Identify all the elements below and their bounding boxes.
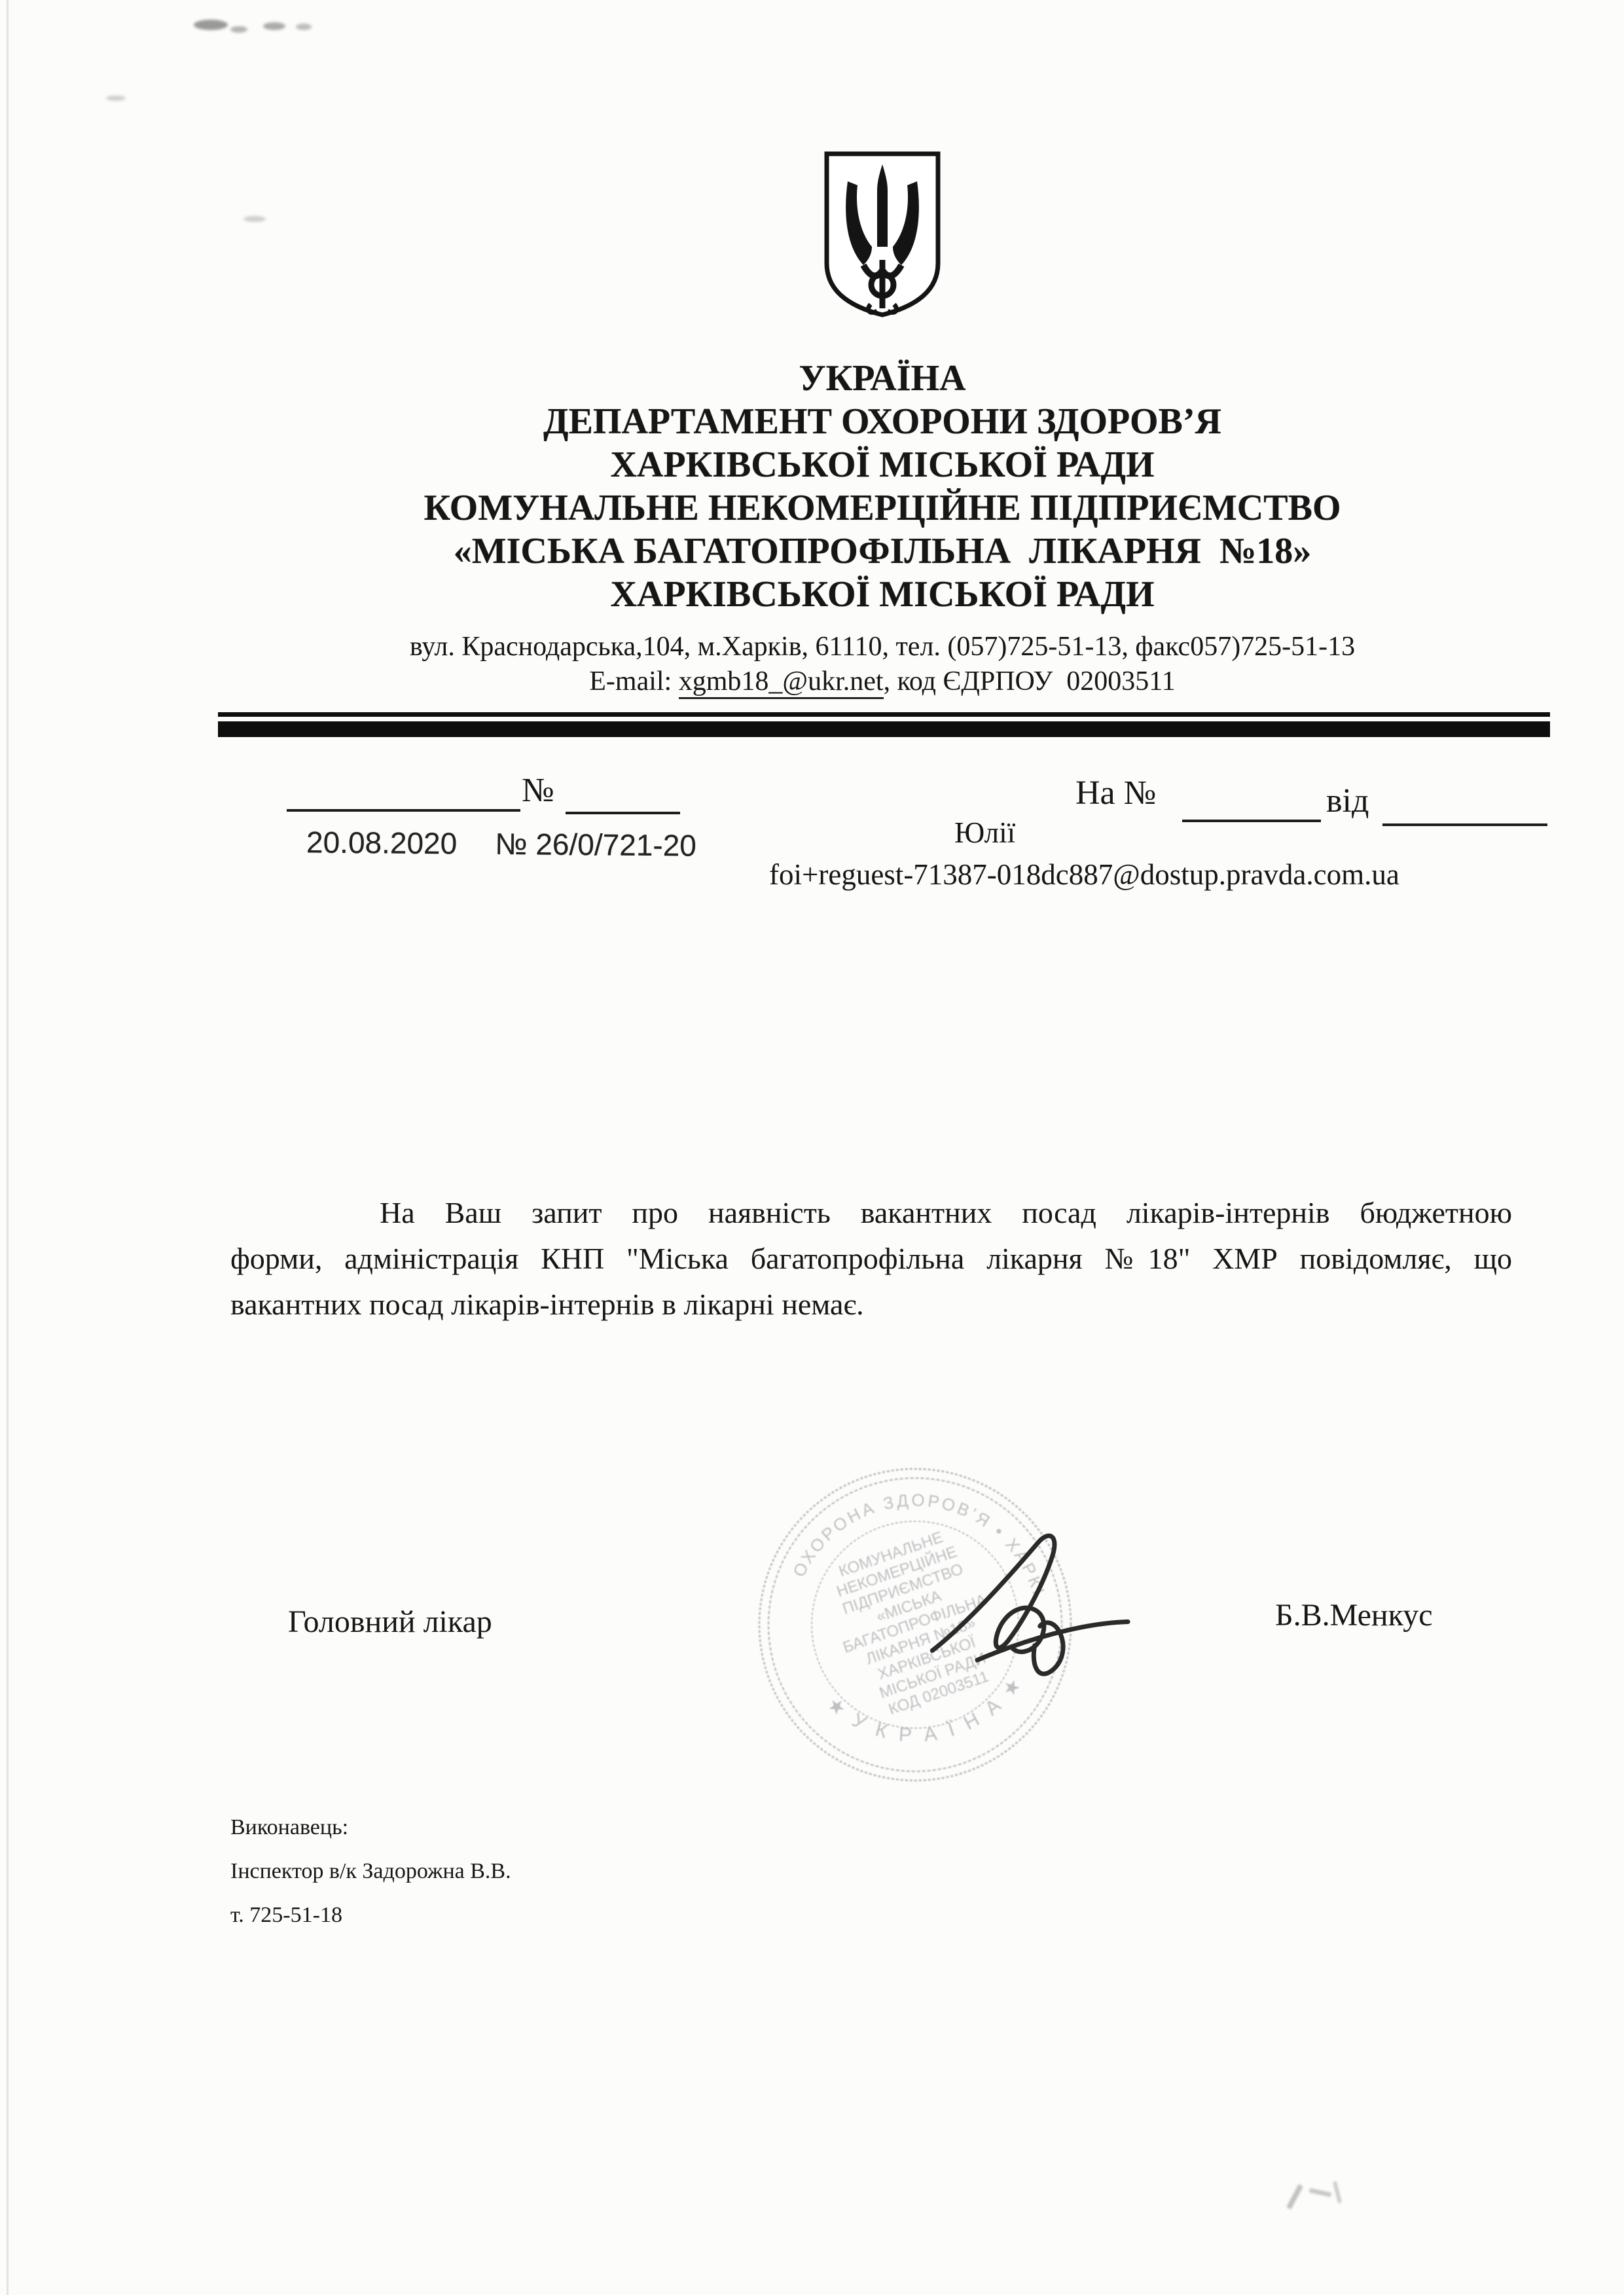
- recipient-name: Юлії: [954, 816, 1015, 850]
- scan-smudge: [194, 20, 228, 30]
- ukraine-trident-emblem-icon: [820, 148, 945, 321]
- org-line: ДЕПАРТАМЕНТ ОХОРОНИ ЗДОРОВ’Я: [267, 400, 1498, 443]
- email-line: E-mail: xgmb18_@ukr.net, код ЄДРПОУ 0200…: [267, 664, 1498, 699]
- recipient-email: foi+reguest-71387-018dc887@dostup.pravda…: [769, 858, 1399, 892]
- signer-title: Головний лікар: [288, 1604, 492, 1640]
- scan-edge-line: [7, 0, 9, 2295]
- address-line: вул. Краснодарська,104, м.Харків, 61110,…: [267, 630, 1498, 664]
- letter-body: На Ваш запит про наявність вакантних пос…: [230, 1190, 1512, 1328]
- org-line: «МІСЬКА БАГАТОПРОФІЛЬНА ЛІКАРНЯ №18»: [267, 530, 1498, 573]
- body-line: На Ваш запит про наявність вакантних пос…: [230, 1190, 1512, 1236]
- na-no-label: На №: [1075, 776, 1156, 810]
- outgoing-number-blank: [287, 809, 520, 812]
- org-line: КОМУНАЛЬНЕ НЕКОМЕРЦІЙНЕ ПІДПРИЄМСТВО: [267, 486, 1498, 530]
- scanned-letter-page: УКРАЇНА ДЕПАРТАМЕНТ ОХОРОНИ ЗДОРОВ’Я ХАР…: [0, 0, 1624, 2295]
- signer-name: Б.В.Менкус: [1275, 1597, 1433, 1633]
- scan-smudge: [106, 96, 126, 101]
- executor-name: Інспектор в/к Задорожна В.В.: [230, 1849, 511, 1893]
- org-line: ХАРКІВСЬКОЇ МІСЬКОЇ РАДИ: [267, 443, 1498, 486]
- incoming-date-blank: [1382, 823, 1547, 826]
- country-title: УКРАЇНА: [267, 357, 1498, 400]
- org-email: xgmb18_@ukr.net: [679, 666, 884, 699]
- dateline: 20.08.2020№ 26/0/721-20: [306, 824, 696, 863]
- letterhead: УКРАЇНА ДЕПАРТАМЕНТ ОХОРОНИ ЗДОРОВ’Я ХАР…: [267, 357, 1498, 616]
- body-line: вакантних посад лікарів-інтернів в лікар…: [230, 1282, 1512, 1328]
- letter-date: 20.08.2020: [306, 825, 458, 860]
- body-line: форми, адміністрація КНП "Міська багатоп…: [230, 1236, 1512, 1282]
- pencil-mark: [1309, 2188, 1332, 2197]
- scan-smudge: [244, 216, 266, 222]
- edrpou-code: , код ЄДРПОУ 02003511: [884, 666, 1176, 696]
- divider-rule-thick: [218, 721, 1550, 737]
- scan-smudge: [230, 26, 247, 33]
- scan-smudge: [263, 22, 285, 30]
- numero-label: №: [522, 774, 554, 808]
- executor-label: Виконавець:: [230, 1805, 511, 1849]
- outgoing-date-blank: [566, 812, 680, 814]
- divider-rule-thin: [218, 712, 1550, 717]
- executor-phone: т. 725-51-18: [230, 1893, 511, 1937]
- executor-block: Виконавець: Інспектор в/к Задорожна В.В.…: [230, 1805, 511, 1937]
- org-line: ХАРКІВСЬКОЇ МІСЬКОЇ РАДИ: [267, 573, 1498, 616]
- email-label: E-mail:: [589, 666, 678, 696]
- incoming-number-blank: [1182, 820, 1321, 822]
- letter-number: № 26/0/721-20: [495, 827, 696, 863]
- scan-smudge: [296, 24, 312, 30]
- pencil-mark: [1286, 2184, 1303, 2209]
- vid-label: від: [1326, 784, 1369, 818]
- contact-block: вул. Краснодарська,104, м.Харків, 61110,…: [267, 630, 1498, 699]
- pencil-mark: [1333, 2181, 1342, 2203]
- handwritten-signature: [899, 1519, 1145, 1710]
